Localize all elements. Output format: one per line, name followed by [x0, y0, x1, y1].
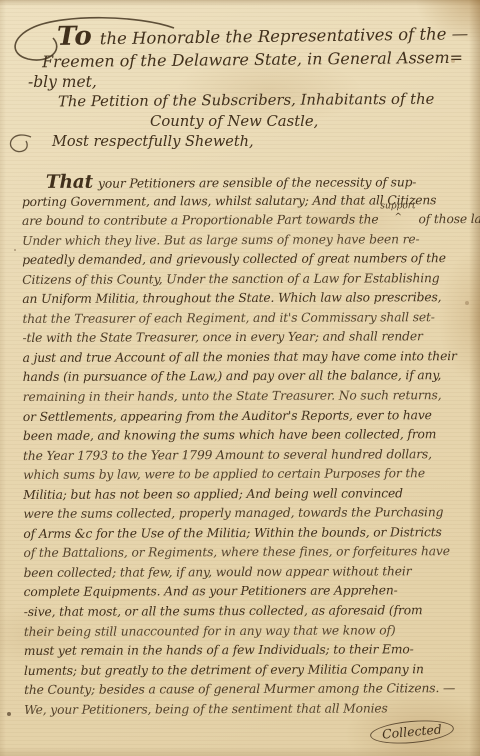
body-line: were the sums collected, properly manage…	[23, 503, 472, 525]
body-line: the Year 1793 to the Year 1799 Amount to…	[23, 445, 472, 467]
salutation-line: Most respectfully Sheweth,	[52, 134, 254, 150]
body-line: Citizens of this County, Under the sanct…	[22, 269, 471, 291]
catchword: Collected	[369, 717, 455, 746]
ink-specks	[0, 0, 2, 2]
body-line: Militia; but has not been so applied; An…	[23, 484, 472, 506]
body-line: of Arms &c for the Use of the Militia; W…	[23, 523, 472, 545]
body-line: remaining in their hands, unto the State…	[23, 386, 472, 408]
body-line-text: your Petitioners are sensible of the nec…	[98, 175, 416, 190]
body-line: Thatyour Petitioners are sensible of the…	[22, 171, 471, 193]
body-line: peatedly demanded, and grievously collec…	[22, 249, 471, 271]
body-line: of the Battalions, or Regiments, where t…	[23, 542, 472, 564]
petition-place-line: County of New Castle,	[150, 113, 318, 130]
address-line-1-text: the Honorable the Representatives of the…	[100, 24, 469, 48]
body-line: which sums by law, were to be applied to…	[23, 464, 472, 486]
body-line-with-insertion: are bound to contribute a Proportionable…	[22, 210, 471, 232]
manuscript-page: Tothe Honorable the Representatives of t…	[0, 0, 480, 756]
interlinear-insertion: support^	[378, 211, 418, 223]
body-line: or Settlements, appearing from the Audit…	[23, 406, 472, 428]
petition-body: Thatyour Petitioners are sensible of the…	[22, 171, 473, 720]
body-line: luments; but greatly to the detriment of…	[24, 660, 473, 682]
body-line: a just and true Account of all the monie…	[23, 347, 472, 369]
body-line: -sive, that most, or all the sums thus c…	[24, 601, 473, 623]
body-line: hands (in pursuance of the Law,) and pay…	[23, 366, 472, 388]
body-line: been collected; that few, if any, would …	[24, 562, 473, 584]
insertion-prefix: are bound to contribute a Proportionable…	[22, 213, 378, 229]
address-line-2: Freemen of the Delaware State, in Genera…	[42, 48, 463, 71]
margin-flourish	[4, 130, 36, 156]
petition-title-line: The Petition of the Subscribers, Inhabit…	[58, 91, 434, 111]
body-line: Under which they live. But as large sums…	[22, 230, 471, 252]
address-opening-word: To	[57, 21, 93, 51]
body-line: an Uniform Militia, throughout the State…	[22, 288, 471, 310]
body-line: must yet remain in the hands of a few In…	[24, 640, 473, 662]
body-line: that the Treasurer of each Regiment, and…	[22, 308, 471, 330]
body-line: We, your Petitioners, being of the senti…	[24, 699, 473, 721]
address-line-1: Tothe Honorable the Representatives of t…	[57, 16, 469, 52]
body-opening-word: That	[46, 172, 93, 193]
body-line: complete Equipments. And as your Petitio…	[24, 582, 473, 604]
body-line: the County; besides a cause of general M…	[24, 679, 473, 701]
address-line-3: -bly met,	[28, 73, 97, 91]
insertion-suffix: of those laws	[418, 212, 480, 226]
caret-mark: ^	[394, 208, 401, 228]
body-line: -tle with the State Treasurer, once in e…	[22, 327, 471, 349]
body-line: their being still unaccounted for in any…	[24, 621, 473, 643]
body-line: been made, and knowing the sums which ha…	[23, 425, 472, 447]
